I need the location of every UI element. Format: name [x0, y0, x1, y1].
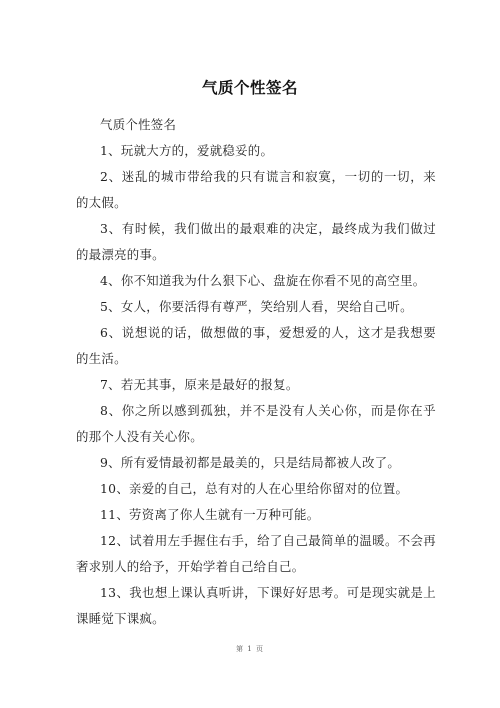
list-item: 9、所有爱情最初都是最美的，只是结局都被人改了。 — [76, 450, 436, 476]
document-subtitle: 气质个性签名 — [76, 112, 436, 138]
document-title: 气质个性签名 — [0, 76, 500, 98]
list-item: 3、有时候，我们做出的最艰难的决定，最终成为我们做过的最漂亮的事。 — [76, 216, 436, 268]
list-item: 2、迷乱的城市带给我的只有谎言和寂寞，一切的一切，来的太假。 — [76, 164, 436, 216]
list-item: 7、若无其事，原来是最好的报复。 — [76, 372, 436, 398]
list-item: 1、玩就大方的，爱就稳妥的。 — [76, 138, 436, 164]
list-item: 8、你之所以感到孤独，并不是没有人关心你，而是你在乎的那个人没有关心你。 — [76, 398, 436, 450]
list-item: 4、你不知道我为什么狠下心、盘旋在你看不见的高空里。 — [76, 268, 436, 294]
list-item: 5、女人，你要活得有尊严，笑给别人看，哭给自己听。 — [76, 294, 436, 320]
list-item: 10、亲爱的自己，总有对的人在心里给你留对的位置。 — [76, 476, 436, 502]
list-item: 11、劳资离了你人生就有一万种可能。 — [76, 502, 436, 528]
list-item: 6、说想说的话，做想做的事，爱想爱的人，这才是我想要的生活。 — [76, 320, 436, 372]
document-body: 气质个性签名 1、玩就大方的，爱就稳妥的。 2、迷乱的城市带给我的只有谎言和寂寞… — [76, 112, 436, 632]
list-item: 12、试着用左手握住右手，给了自己最简单的温暖。不会再奢求别人的给予，开始学着自… — [76, 528, 436, 580]
list-item: 13、我也想上课认真听讲，下课好好思考。可是现实就是上课睡觉下课疯。 — [76, 580, 436, 632]
page-number: 第 1 页 — [0, 644, 500, 654]
